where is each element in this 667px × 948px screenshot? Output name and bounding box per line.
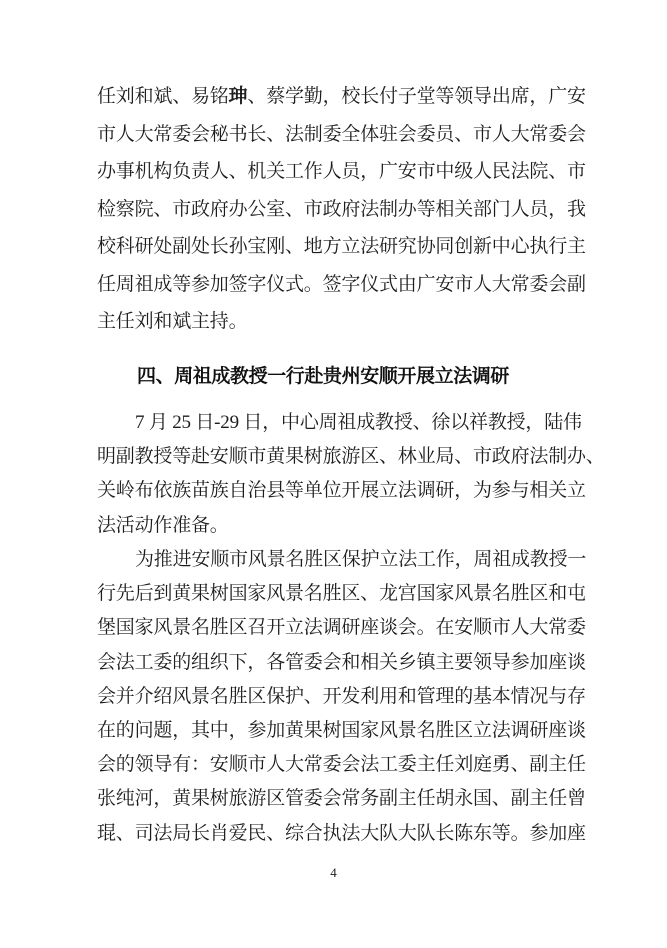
- text-line: 会法工委的组织下，各管委会和相关乡镇主要领导参加座谈: [97, 646, 597, 680]
- paragraph-signing-ceremony: 任刘和斌、易铭珅、蔡学勤，校长付子堂等领导出席，广安市人大常委会秘书长、法制委全…: [97, 78, 597, 341]
- paragraph-trip-overview: 7 月 25 日-29 日，中心周祖成教授、徐以祥教授，陆伟明副教授等赴安顺市黄…: [97, 406, 597, 543]
- text-line: 检察院、市政府办公室、市政府法制办等相关部门人员，我: [97, 191, 597, 229]
- text-line: 会并介绍风景名胜区保护、开发利用和管理的基本情况与存: [97, 680, 597, 714]
- text-line: 任周祖成等参加签字仪式。签字仪式由广安市人大常委会副: [97, 266, 597, 304]
- text-segment: 任刘和斌、易铭: [97, 86, 229, 107]
- text-line: 办事机构负责人、机关工作人员，广安市中级人民法院、市: [97, 153, 597, 191]
- document-page: 任刘和斌、易铭珅、蔡学勤，校长付子堂等领导出席，广安市人大常委会秘书长、法制委全…: [0, 0, 667, 948]
- text-line: 7 月 25 日-29 日，中心周祖成教授、徐以祥教授，陆伟: [97, 406, 597, 440]
- text-segment: 、蔡学勤，校长付子堂等领导出席，广安: [247, 86, 585, 107]
- text-line: 张纯河，黄果树旅游区管委会常务副主任胡永国、副主任曾: [97, 782, 597, 816]
- page-number: 4: [0, 864, 667, 882]
- text-line: 明副教授等赴安顺市黄果树旅游区、林业局、市政府法制办、: [97, 440, 597, 474]
- text-line: 法活动作准备。: [97, 509, 597, 543]
- emphasized-character: 珅: [229, 85, 248, 107]
- section-heading: 四、周祖成教授一行赴贵州安顺开展立法调研: [97, 356, 637, 398]
- text-line: 会的领导有：安顺市人大常委会法工委主任刘庭勇、副主任: [97, 748, 597, 782]
- paragraph-seminar-details: 为推进安顺市风景名胜区保护立法工作，周祖成教授一行先后到黄果树国家风景名胜区、龙…: [97, 543, 597, 851]
- text-line: 在的问题，其中，参加黄果树国家风景名胜区立法调研座谈: [97, 714, 597, 748]
- text-line: 市人大常委会秘书长、法制委全体驻会委员、市人大常委会: [97, 116, 597, 154]
- text-line: 为推进安顺市风景名胜区保护立法工作，周祖成教授一: [97, 543, 597, 577]
- text-line: 行先后到黄果树国家风景名胜区、龙宫国家风景名胜区和屯: [97, 577, 597, 611]
- text-line: 关岭布依族苗族自治县等单位开展立法调研，为参与相关立: [97, 474, 597, 508]
- text-line: 校科研处副处长孙宝刚、地方立法研究协同创新中心执行主: [97, 228, 597, 266]
- text-line: 琨、司法局长肖爱民、综合执法大队大队长陈东等。参加座: [97, 817, 597, 851]
- text-line: 主任刘和斌主持。: [97, 303, 597, 341]
- text-line: 堡国家风景名胜区召开立法调研座谈会。在安顺市人大常委: [97, 611, 597, 645]
- text-line: 任刘和斌、易铭珅、蔡学勤，校长付子堂等领导出席，广安: [97, 78, 597, 116]
